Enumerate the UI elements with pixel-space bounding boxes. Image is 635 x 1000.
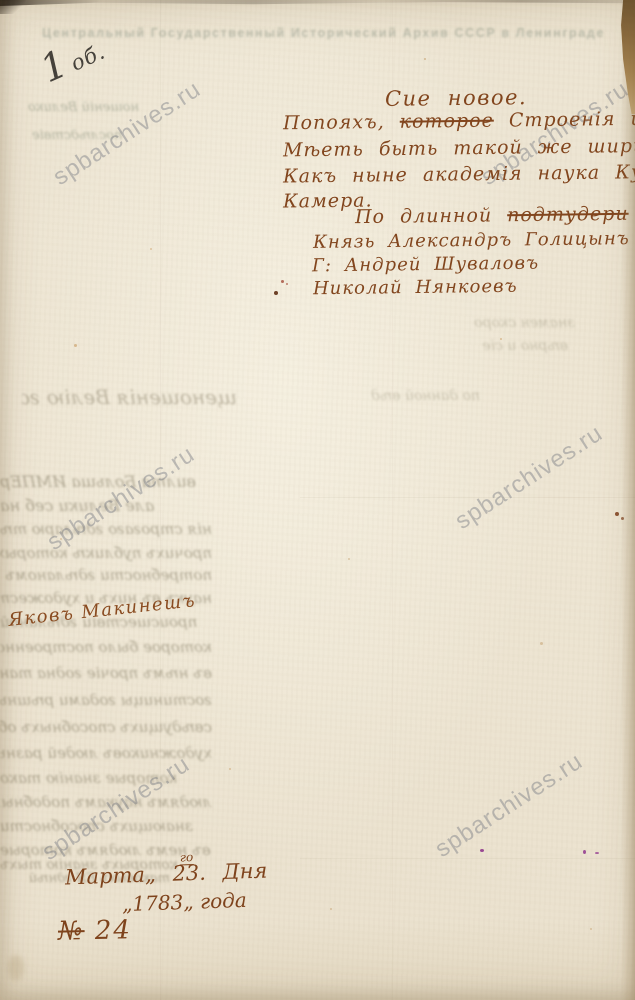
line1-struck-word: которое bbox=[400, 110, 494, 133]
folio-digit: 1 bbox=[34, 41, 74, 91]
foxing-spot bbox=[229, 768, 231, 770]
foxing-spot bbox=[74, 344, 77, 347]
bleed-line: прочихъ публикѣ которыхъ bbox=[0, 544, 212, 562]
foxing-spot bbox=[150, 248, 152, 250]
date-month: Марта„ bbox=[65, 862, 157, 889]
foxing-spot bbox=[60, 538, 62, 540]
archive-stamp-bleedthrough: Центральный Государственный Исторический… bbox=[42, 26, 602, 40]
name-line: Николай Нянкоевъ bbox=[313, 276, 518, 299]
stain-speck bbox=[480, 849, 484, 852]
line1-text: Попояхъ, bbox=[283, 111, 400, 134]
manuscript-line-2: Мѣеть быть такой же ширины bbox=[283, 135, 635, 162]
line1-text: Строенія и bbox=[494, 108, 635, 132]
bleed-fragment: знамен скоро bbox=[455, 315, 575, 331]
bleed-line: гостиницы годами рѣшный bbox=[0, 691, 212, 709]
line5-struck-word: подтудери bbox=[507, 203, 629, 226]
foxing-spot bbox=[348, 558, 350, 560]
bleed-line: щеношенія Велію годъ bbox=[22, 385, 237, 409]
manuscript-line-1: Попояхъ, которое Строенія и bbox=[283, 108, 635, 134]
scan-top-edge bbox=[0, 0, 635, 6]
foxing-spot bbox=[500, 338, 502, 340]
date-day-word: Дня bbox=[222, 858, 268, 884]
document-number: № 24 bbox=[58, 915, 132, 946]
manuscript-line-3: Какъ ныне академія наука Кунсть bbox=[283, 160, 635, 187]
ink-speck bbox=[281, 280, 284, 283]
foxing-spot bbox=[330, 908, 332, 910]
ink-speck bbox=[286, 283, 288, 285]
date-year-line: „1783„ года bbox=[122, 888, 247, 916]
paper-crease bbox=[300, 497, 635, 498]
page-edge-shadow bbox=[621, 0, 635, 1000]
bleed-fragment: вѣрно и сіе bbox=[448, 338, 568, 354]
line5-text: По длинной bbox=[355, 204, 507, 228]
folio-suffix: об. bbox=[67, 39, 109, 75]
bleed-line: потребности гдѣланомъ тако bbox=[0, 566, 212, 584]
bleed-line: которое было построенное bbox=[0, 638, 212, 656]
name-line: Князь Александръ Голицынъ bbox=[313, 228, 630, 253]
number-value: 24 bbox=[95, 915, 133, 946]
number-sign: № bbox=[58, 916, 85, 946]
watermark: spbarchives.ru bbox=[450, 420, 608, 536]
foxing-spot bbox=[590, 928, 592, 930]
edge-smudge bbox=[8, 955, 24, 981]
ink-speck bbox=[274, 291, 278, 295]
scan-corner-shadow bbox=[0, 0, 26, 14]
manuscript-heading: Сие новое. bbox=[385, 85, 527, 111]
date-day-suffix: го bbox=[180, 850, 194, 865]
manuscript-line-5: По длинной подтудери тако bbox=[355, 202, 635, 228]
date-day: 23.го bbox=[172, 861, 206, 886]
bleed-line: въ нѣмъ прочіе годна танка bbox=[0, 664, 212, 682]
bleed-line: свѣдущихъ способныхъ обучн bbox=[0, 718, 212, 736]
paper-chain-line bbox=[392, 0, 393, 1000]
stain-speck bbox=[583, 850, 586, 854]
stain-speck bbox=[595, 852, 599, 854]
paper-crease bbox=[300, 858, 635, 859]
manuscript-scan-page: Центральный Государственный Исторический… bbox=[0, 0, 635, 1000]
bleed-fragment: по данной вѣд bbox=[330, 388, 480, 404]
foxing-spot bbox=[540, 642, 543, 645]
paper-chain-line bbox=[160, 0, 161, 1000]
watermark: spbarchives.ru bbox=[430, 748, 588, 864]
foxing-spot bbox=[424, 58, 426, 60]
ink-speck bbox=[615, 512, 619, 516]
name-line: Г: Андрей Шуваловъ bbox=[312, 253, 539, 277]
